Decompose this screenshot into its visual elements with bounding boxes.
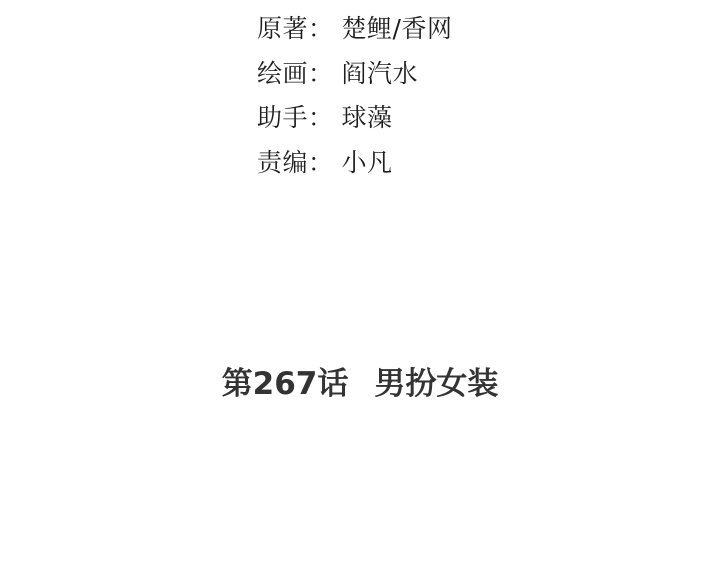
chapter-number: 第267话 (222, 362, 349, 406)
credits-list: 原著：楚鲤/香网 绘画：阎汽水 助手：球藻 责编：小凡 (257, 10, 452, 188)
credit-assistant: 助手：球藻 (257, 99, 452, 144)
credit-separator: ： (308, 99, 334, 137)
credit-role: 原著 (257, 10, 308, 48)
credit-original-author: 原著：楚鲤/香网 (257, 10, 452, 55)
credit-name: 阎汽水 (342, 55, 419, 93)
credit-name: 小凡 (342, 144, 393, 182)
credit-artist: 绘画：阎汽水 (257, 55, 452, 100)
credit-editor: 责编：小凡 (257, 144, 452, 189)
chapter-title: 第267话男扮女装 (0, 362, 720, 406)
credit-separator: ： (308, 55, 334, 93)
credit-role: 助手 (257, 99, 308, 137)
credit-separator: ： (308, 144, 334, 182)
credit-role: 责编 (257, 144, 308, 182)
credit-separator: ： (308, 10, 334, 48)
credit-role: 绘画 (257, 55, 308, 93)
credit-name: 楚鲤/香网 (342, 10, 453, 48)
credit-name: 球藻 (342, 99, 393, 137)
chapter-name: 男扮女装 (374, 362, 498, 406)
